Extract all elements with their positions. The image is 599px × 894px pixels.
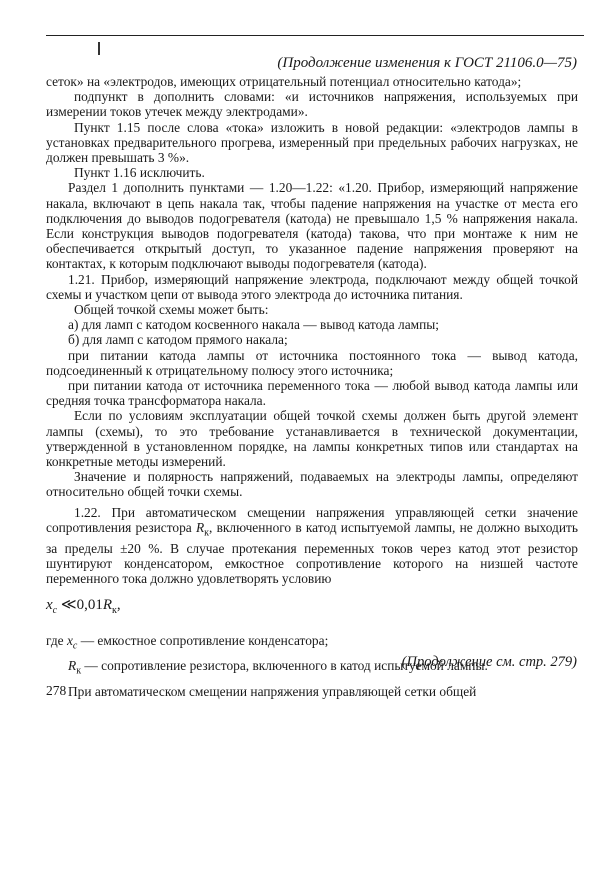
paragraph: подпункт в дополнить словами: «и источни… (46, 89, 578, 119)
paragraph: сеток» на «электродов, имеющих отрицател… (46, 74, 578, 89)
page-body: сеток» на «электродов, имеющих отрицател… (46, 74, 578, 700)
paragraph: Если по условиям эксплуатации общей точк… (46, 408, 578, 469)
continuation-header: (Продолжение изменения к ГОСТ 21106.0—75… (277, 55, 577, 72)
scan-mark (98, 42, 100, 55)
continuation-footer: (Продолжение см. стр. 279) (402, 654, 577, 671)
paragraph: при питании катода лампы от источника по… (46, 348, 578, 378)
paragraph: Значение и полярность напряжений, подава… (46, 469, 578, 499)
paragraph: Раздел 1 дополнить пунктами — 1.20—1.22:… (46, 180, 578, 271)
paragraph: при питании катода от источника переменн… (46, 378, 578, 408)
paragraph: Пункт 1.15 после слова «тока» изложить в… (46, 120, 578, 166)
top-rule (46, 35, 584, 36)
page-number: 278 (46, 683, 66, 699)
paragraph: Пункт 1.16 исключить. (46, 165, 578, 180)
paragraph-1-22: 1.22. При автоматическом смещении напряж… (46, 505, 578, 587)
paragraph: Общей точкой схемы может быть: (46, 302, 578, 317)
list-item: а) для ламп с катодом косвенного накала … (46, 317, 578, 332)
paragraph: При автоматическом смещении напряжения у… (46, 684, 578, 699)
paragraph: 1.21. Прибор, измеряющий напряжение элек… (46, 272, 578, 302)
list-item: б) для ламп с катодом прямого накала; (46, 332, 578, 347)
formula: xc ≪0,01Rк, (46, 598, 578, 618)
definition-xc: где xc — емкостное сопротивление конденс… (46, 633, 578, 654)
